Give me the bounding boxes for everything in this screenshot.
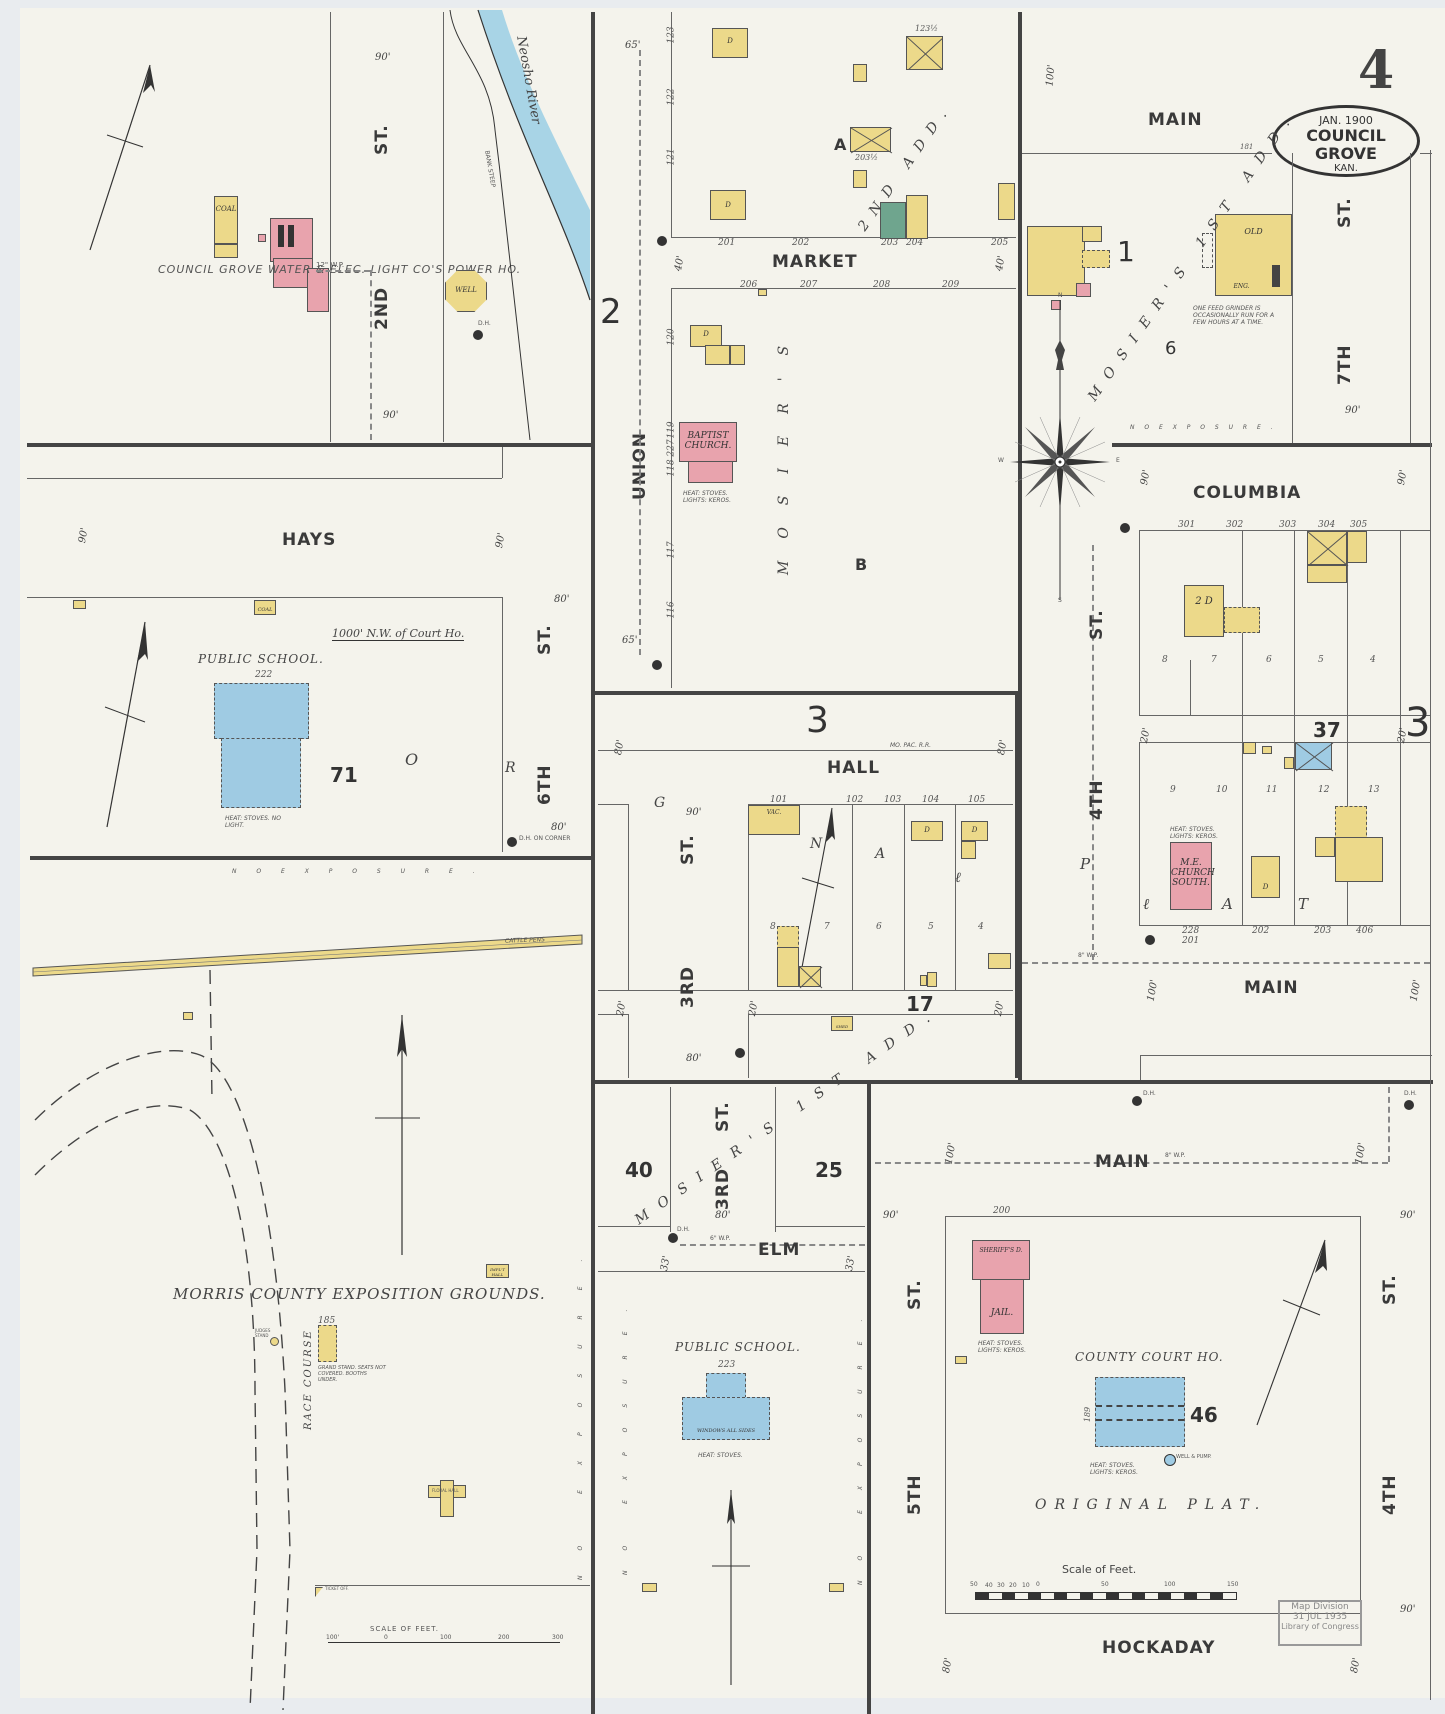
store-x [850,127,891,152]
baptist-church-rear [688,461,733,483]
dwelling: D [961,821,988,841]
street-market: MARKET [772,252,858,272]
court-address: 189 [1083,1407,1092,1422]
public-school-2: WINDOWS ALL SIDES [682,1397,770,1440]
hydrant [657,236,667,246]
dwelling-large [1335,837,1383,882]
address: 116 [667,601,677,618]
border-exposure-north [30,856,593,860]
shed [1307,565,1347,583]
address: 304 [1318,520,1335,530]
compass-n: N [1058,292,1063,299]
lot-number: 4 [978,922,984,932]
lot-number: 6 [1266,655,1272,665]
dwelling-x [1307,531,1347,565]
lot-line [1292,153,1293,443]
street-sixth-num: 6TH [535,764,555,805]
original-plat-p: P [1080,855,1090,873]
street-second-num: 2ND [372,287,392,330]
city-name: COUNCIL GROVE [1275,127,1417,163]
me-church-note: HEAT: STOVES. LIGHTS: KEROS. [1170,826,1230,840]
street-hall: HALL [827,758,880,778]
address: 120 [667,328,677,345]
cattle-pens-label: CATTLE PENS [505,936,545,944]
compass-w: W [998,457,1004,464]
left-scale-bar [328,1642,560,1643]
shed [955,1356,967,1364]
address: 203 [1314,926,1331,936]
address: 102 [846,795,863,805]
exposition-grounds-label: MORRIS COUNTY EXPOSITION GROUNDS. [173,1285,546,1303]
street-elm: ELM [758,1240,800,1260]
court-ho-distance: 1000' N.W. of Court Ho. [332,627,464,641]
lot-number: 8 [1162,655,1168,665]
address: 122 [667,88,677,105]
original-plat-a2: A [875,846,885,862]
water-pipe [316,270,370,272]
lot-number: 10 [1216,785,1227,795]
block-number-2: 2 [600,292,622,332]
north-arrow-4 [800,808,840,983]
shed [1347,531,1367,563]
block-line [945,1216,946,1613]
scale-tick: 100 [440,1634,451,1641]
floral-hall-label: FLORAL HALL [432,1488,459,1493]
lot-line [502,447,503,478]
address: 123 [667,26,677,43]
lot-line [955,804,956,991]
water-pipe-label: 8" W.P. [1078,952,1098,959]
lot-line [502,597,503,852]
address: 117 [667,541,677,558]
block-number-71: 71 [330,763,358,787]
address: 209 [942,280,959,290]
lot-line [1410,153,1411,443]
compass-s: S [1058,597,1062,604]
hydrant [1120,523,1130,533]
border-hays-north [27,443,593,447]
power-house-boiler [270,218,313,262]
border-main-mid [593,1080,1433,1084]
north-arrow-2 [105,622,165,832]
lot-number: 12 [1318,785,1329,795]
dwelling: D [710,190,746,220]
store-annex [799,966,821,987]
hydrant [507,837,517,847]
hydrant [668,1233,678,1243]
coal-shed: COAL [254,600,276,615]
dwelling: D [1251,856,1280,898]
shed: SHED [831,1016,853,1031]
scale-tick: 30 [997,1582,1005,1589]
block-number-37: 37 [1313,718,1341,742]
porch [1224,607,1260,633]
stamp-line2: 31 JUL 1935 [1280,1612,1360,1622]
street-fourth-st: ST. [1087,609,1107,640]
dwelling: D [712,28,748,58]
lot-line [904,804,905,991]
address: 123½ [915,24,938,33]
address: 101 [770,795,787,805]
lot-line [628,1014,629,1078]
no-exposure-vertical-3: NO EXPOSURE. [857,1300,864,1585]
hydrant-label: D.H. [1143,1090,1156,1097]
scale-tick: 100' [326,1634,339,1641]
lot-line [1140,1055,1432,1056]
lot-number: 7 [1211,655,1217,665]
well-pump-label: WELL & PUMP. [1176,1454,1212,1460]
wing [1315,837,1335,857]
public-school-1 [214,683,309,739]
mill-annex [1082,250,1110,268]
sheet-number: 4 [1358,40,1394,101]
lot-line [748,1014,749,1078]
stable-x [1295,742,1332,770]
address: 205 [991,238,1008,248]
address: 302 [1226,520,1243,530]
feed-grinder-note: ONE FEED GRINDER IS OCCASIONALLY RUN FOR… [1193,305,1288,326]
street-seventh-st: ST. [1335,197,1355,228]
vacant-building: VAC. [748,805,800,835]
hydrant [1404,1100,1414,1110]
lot-line [670,1087,671,1232]
border-block17-east [1015,693,1019,1078]
block-number-25: 25 [815,1158,843,1182]
address: 121 [667,148,677,165]
water-pipe-union [639,50,641,655]
judges-stand [270,1337,279,1346]
scale-bar [975,1592,1237,1600]
width-label: 80' [715,1210,730,1221]
address: 181 [1240,143,1253,151]
lot-line [1139,530,1430,531]
lot-line [1139,742,1140,925]
scale-tick: 150 [1227,1581,1238,1588]
street-main-top: MAIN [1148,110,1203,130]
lot-line [598,1271,865,1272]
address: 203 [881,238,898,248]
floral-hall-v [440,1480,454,1517]
no-exposure-vertical: NO EXPOSURE. [577,1235,584,1580]
stamp-line3: Library of Congress [1280,1622,1360,1631]
county-court-house-label: COUNTY COURT HO. [1075,1350,1224,1364]
street-third-st-upper: ST. [678,834,698,865]
hydrant [1132,1096,1142,1106]
original-plat-t: T [1298,895,1308,913]
block-line [1360,1216,1361,1613]
water-pipe-main [1022,962,1430,964]
north-arrow-1 [85,65,165,255]
scale-tick: 20 [1009,1582,1017,1589]
block-letter-a: A [834,135,847,154]
north-arrow-5 [712,1490,752,1690]
shed [927,972,937,987]
block-number-3-right: 3 [1405,700,1430,746]
street-fourth-num: 4TH [1087,779,1107,820]
address: 202 [792,238,809,248]
address: 105 [968,795,985,805]
lot-line [1190,660,1191,715]
address: 103 [884,795,901,805]
hydrant [652,660,662,670]
well-pump-icon [1164,1454,1176,1466]
lot-line [1139,530,1140,715]
mo-pac-railroad: MO. PAC. R.R. [890,742,931,749]
shed [73,600,86,609]
width-label: 90' [383,410,398,421]
lot-number: 7 [824,922,830,932]
implement-hall: IMPL'T HALL [486,1264,509,1278]
sheriffs-residence: SHERIFF'S D. [972,1240,1030,1280]
lot-line [27,478,502,479]
left-scale-label: SCALE OF FEET. [370,1625,439,1633]
lot-line [1139,742,1430,743]
shed [1243,742,1256,754]
address: 204 [906,238,923,248]
water-pipe-label: 6" W.P. [710,1235,730,1242]
scale-tick: 0 [384,1634,388,1641]
coal-shed: COAL [214,196,238,244]
lot-number: 13 [1368,785,1379,795]
scale-tick: 300 [552,1634,563,1641]
street-seventh-num: 7TH [1335,344,1355,385]
width-label: 80' [686,1053,701,1064]
public-school-label: PUBLIC SCHOOL. [198,652,324,666]
grand-stand-note: GRAND STAND. SEATS NOT COVERED. BOOTHS U… [318,1365,388,1383]
store-x [777,947,799,987]
scale-of-feet-label: Scale of Feet. [1062,1563,1136,1576]
street-fifth-st: ST. [905,1279,925,1310]
baptist-note: HEAT: STOVES. LIGHTS: KEROS. [683,490,743,504]
public-school-2-front [706,1373,746,1398]
north-arrow-6 [1255,1240,1335,1430]
water-pipe-label: 12" W.P. [316,261,344,269]
compass-rose [1008,300,1118,610]
state-name: KAN. [1275,163,1417,174]
north-arrow-3 [375,1015,425,1260]
shed [214,244,238,258]
original-plat-o: O [405,750,418,769]
hydrant [473,330,483,340]
ticket-office-label: TICKET OFF. [325,1586,349,1591]
lot-line [775,1087,776,1232]
compass-e: E [1116,457,1120,464]
store-x [906,36,943,70]
original-plat-l: ℓ [1143,895,1149,914]
address: 227 [667,439,677,456]
stamp-line1: Map Division [1280,1602,1360,1612]
address: 207 [800,280,817,290]
border-hall-north [593,691,1018,695]
width-label: 90' [1400,1210,1415,1221]
shed [829,1583,844,1592]
lot-number: 5 [928,922,934,932]
original-plat-g: G [654,795,665,811]
shed [758,289,767,296]
shed [853,64,867,82]
original-plat-n: N [810,836,822,852]
court-house-note: HEAT: STOVES. LIGHTS: KEROS. [1090,1462,1150,1476]
address: 104 [922,795,939,805]
shed [1284,757,1294,769]
lot-line [1294,530,1295,925]
lot-number: 6 [876,922,882,932]
lot-number: 9 [1170,785,1176,795]
water-pipe-fourth [1092,545,1094,960]
shed [998,183,1015,220]
address: 118 [667,459,677,476]
lot-line [315,1585,590,1586]
shed [961,841,976,859]
lot-line [671,12,672,238]
scale-tick: 50 [1101,1581,1109,1588]
scale-tick: 200 [498,1634,509,1641]
shed [920,975,927,986]
dwelling-rear [705,345,730,365]
lot-line [598,804,628,805]
address: 206 [740,280,757,290]
block-number-1: 1 [1117,235,1135,268]
street-third-num-upper: 3RD [678,966,698,1008]
address: 119 [667,421,677,438]
scale-tick: 40 [985,1582,993,1589]
water-pipe-label: 8" W.P. [1165,1152,1185,1159]
original-plat-label: ORIGINAL PLAT. [1035,1497,1267,1513]
lot-line [852,804,853,991]
lot-line [598,1226,670,1227]
shed [642,1583,657,1592]
lot-number: 5 [1318,655,1324,665]
border-fifth-st [867,1082,871,1714]
width-label: 90' [1400,1604,1415,1615]
scale-tick: 0 [1036,1581,1040,1588]
dwelling: D [690,325,722,347]
width-label: 90' [375,52,390,63]
water-pipe [370,270,372,440]
mosiers-label: MOSIER'S [776,324,792,575]
school-2-note: HEAT: STOVES. [698,1452,743,1459]
scale-tick: 100 [1164,1581,1175,1588]
mill-brick-corner [1076,283,1091,297]
street-hockaday: HOCKADAY [1102,1638,1215,1658]
public-school-1-rear [221,738,301,808]
lot-line [671,288,1016,289]
lot-line [27,597,502,598]
dwelling: D [911,821,943,841]
lot-line [1022,153,1272,154]
race-course-label: RACE COURSE [303,1329,314,1430]
no-exposure-label: N O E X P O S U R E . [232,868,484,875]
address: 201 [1182,936,1199,946]
dwelling: 2 D [1184,585,1224,637]
race-course-track [30,970,330,1714]
hydrant-label: D.H. [677,1226,690,1233]
shed [853,170,867,188]
me-church-south: M.E. CHURCH SOUTH. [1170,842,1212,910]
address: 208 [873,280,890,290]
address: 202 [1252,926,1269,936]
lot-line [775,1226,865,1227]
feed-mill: OLD ENG. [1215,214,1292,296]
lot-line [330,12,331,442]
width-label: 100' [1044,64,1057,87]
hydrant [735,1048,745,1058]
school-note: HEAT: STOVES. NO LIGHT. [225,815,285,829]
no-exposure-vertical-2: NO EXPOSURE. [622,1290,629,1575]
jail-note: HEAT: STOVES. LIGHTS: KEROS. [978,1340,1028,1354]
street-third-st-lower: ST. [713,1101,733,1132]
mill-annex [1082,226,1102,242]
baptist-church: BAPTIST CHURCH. [679,422,737,462]
address: 406 [1356,926,1373,936]
hydrant-label: D.H. [1404,1090,1417,1097]
street-sixth-st: ST. [535,624,555,655]
lot-line [1140,1055,1141,1080]
address: 228 [1182,926,1199,936]
block-number-40: 40 [625,1158,653,1182]
lot-number: 11 [1266,785,1277,795]
school-address: 222 [255,670,272,680]
porch [730,345,745,365]
street-main-lower: MAIN [1095,1152,1150,1172]
grand-stand [318,1325,337,1362]
street-fourth-num-lower: 4TH [1380,1474,1400,1515]
original-plat-r: R [505,760,516,776]
street-main-mid: MAIN [1244,978,1299,998]
lot-number: 8 [770,922,776,932]
original-plat-l2: ℓ [955,870,961,887]
street-columbia: COLUMBIA [1193,483,1301,503]
block-line [945,1216,1360,1217]
block-number-46: 46 [1190,1403,1218,1427]
chimney [258,234,266,242]
water-pipe-main-lower [1388,1087,1390,1162]
width-label: 90' [1345,405,1360,416]
width-label: 80' [551,822,566,833]
width-label: 90' [883,1210,898,1221]
address: 201 [718,238,735,248]
jail: JAIL. [980,1279,1024,1334]
lot-line [598,990,1013,991]
original-plat-a: A [1222,895,1233,913]
scale-tick: 50 [970,1581,978,1588]
width-label: 90' [686,807,701,818]
shed [988,953,1011,969]
lot-line [1420,153,1432,154]
hydrant-label: D.H. [478,320,491,327]
hydrant-label: D.H. ON CORNER [519,835,570,842]
scale-tick: 10 [1022,1582,1030,1589]
right-edge [1430,150,1431,1700]
lot-line [1242,530,1243,925]
shed [1262,746,1272,754]
rail-line [598,750,1013,751]
school-2-address: 223 [718,1360,735,1370]
hydrant [1145,935,1155,945]
lot-line [1139,715,1430,716]
border-columbia-north [1112,443,1432,447]
width-label: 65' [625,40,640,51]
street-fifth-num: 5TH [905,1474,925,1515]
address: 305 [1350,520,1367,530]
block-number-6: 6 [1165,338,1176,359]
library-stamp: Map Division 31 JUL 1935 Library of Cong… [1278,1600,1362,1646]
address: 301 [1178,520,1195,530]
county-court-house [1095,1377,1185,1447]
lot-line [671,288,672,688]
address: 303 [1279,520,1296,530]
width-label: 65' [622,635,637,646]
